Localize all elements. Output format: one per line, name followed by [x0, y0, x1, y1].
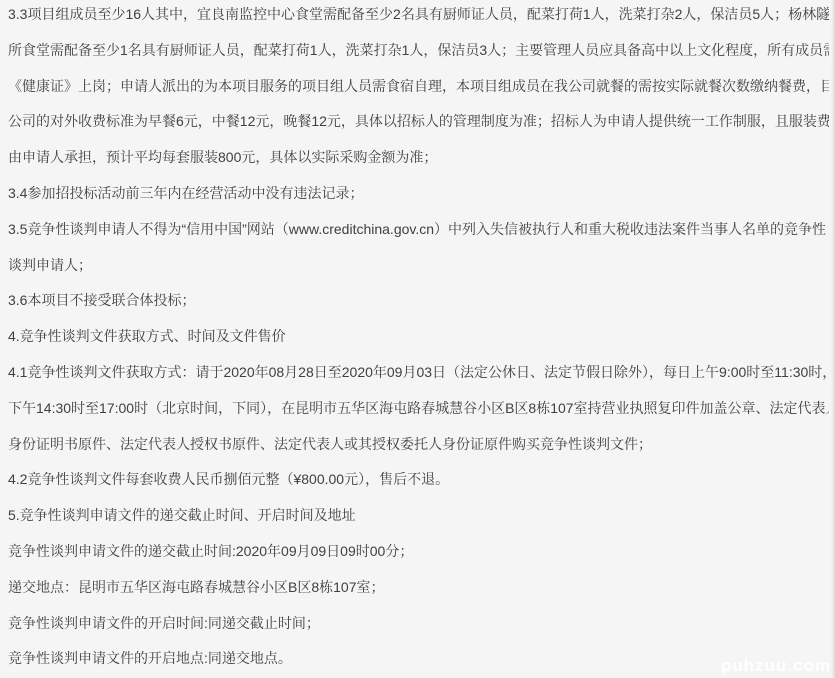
text-line: 所食堂需配备至少1名具有厨师证人员，配菜打荷1人，洗菜打杂1人，保洁员3人；主要… — [8, 33, 829, 69]
text-line: 4.1竞争性谈判文件获取方式：请于2020年08月28日至2020年09月03日… — [8, 355, 829, 391]
text-line: 公司的对外收费标准为早餐6元，中餐12元，晚餐12元，具体以招标人的管理制度为准… — [8, 104, 829, 140]
text-line: 递交地点：昆明市五华区海屯路春城慧谷小区B区8栋107室； — [8, 570, 829, 606]
text-line: 竞争性谈判申请文件的开启时间:同递交截止时间； — [8, 606, 829, 642]
text-line: 由申请人承担，预计平均每套服装800元，具体以实际采购金额为准； — [8, 140, 829, 176]
text-line: 3.4参加招投标活动前三年内在经营活动中没有违法记录； — [8, 176, 829, 212]
section-heading-line: 5.竞争性谈判申请文件的递交截止时间、开启时间及地址 — [8, 498, 829, 534]
text-line: 4.2竞争性谈判文件每套收费人民币捌佰元整（¥800.00元），售后不退。 — [8, 462, 829, 498]
text-line: 3.5竞争性谈判申请人不得为“信用中国”网站（www.creditchina.g… — [8, 212, 829, 248]
site-watermark: puhzuu.com — [721, 656, 831, 676]
text-line: 谈判申请人； — [8, 248, 829, 284]
tender-notice-document: 3.3项目组成员至少16人其中，宜良南监控中心食堂需配备至少2名具有厨师证人员，… — [0, 0, 835, 677]
text-line: 竞争性谈判申请文件的递交截止时间:2020年09月09日09时00分； — [8, 534, 829, 570]
text-line: 3.3项目组成员至少16人其中，宜良南监控中心食堂需配备至少2名具有厨师证人员，… — [8, 0, 829, 33]
text-line: 3.6本项目不接受联合体投标； — [8, 283, 829, 319]
text-line: 《健康证》上岗；申请人派出的为本项目服务的项目组人员需食宿自理，本项目组成员在我… — [8, 69, 829, 105]
text-line: 竞争性谈判申请文件的开启地点:同递交地点。 — [8, 641, 829, 677]
text-line: 下午14:30时至17:00时（北京时间，下同），在昆明市五华区海屯路春城慧谷小… — [8, 391, 829, 427]
section-heading-line: 4.竞争性谈判文件获取方式、时间及文件售价 — [8, 319, 829, 355]
text-line: 身份证明书原件、法定代表人授权书原件、法定代表人或其授权委托人身份证原件购买竞争… — [8, 427, 829, 463]
